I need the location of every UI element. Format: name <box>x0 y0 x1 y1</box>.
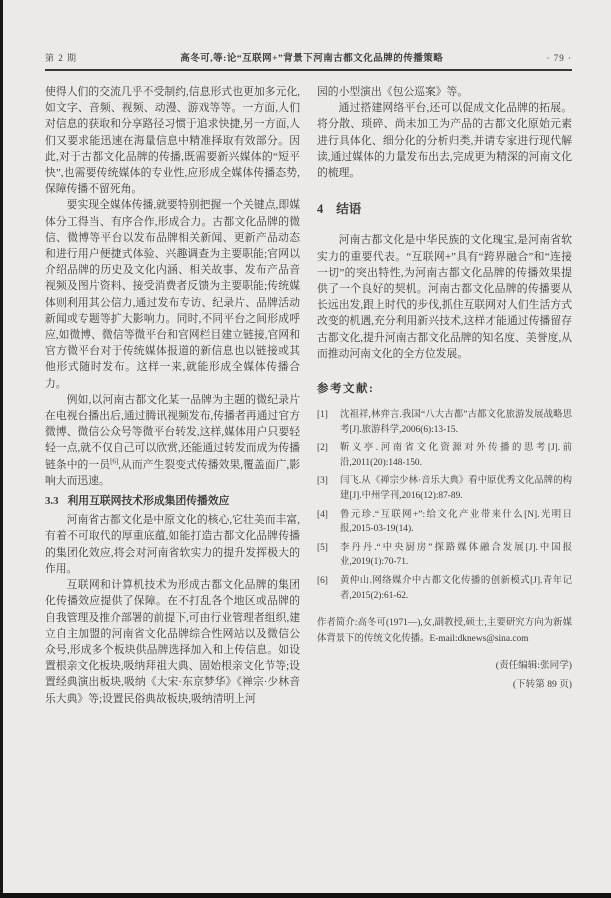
reference-label: [3] <box>317 474 340 504</box>
section-heading-4: 4结语 <box>317 201 572 217</box>
header-rule <box>45 69 572 71</box>
paragraph: 河南省古都文化是中原文化的核心,它壮美而丰富,有着不可取代的厚重底蕴,如能打造古… <box>45 512 300 577</box>
paragraph-continuation: 园的小型演出《包公巡案》等。 <box>317 84 572 100</box>
reference-item: [6] 黄仲山.网络媒介中古都文化传播的创新模式[J].青年记者,2015(2)… <box>317 574 572 604</box>
section-number: 4 <box>317 202 323 216</box>
reference-label: [6] <box>317 574 340 604</box>
section-title: 结语 <box>336 202 361 216</box>
reference-text: 靳义亭.河南省文化资源对外传播的思考[J].前沿,2011(20):148-15… <box>340 441 572 471</box>
reference-label: [4] <box>317 508 340 538</box>
editor-note: (责任编辑:张同学) <box>317 656 572 675</box>
paragraph: 要实现全媒体传播,就要特别把握一个关键点,即媒体分工得当、有序合作,形成合力。古… <box>45 197 300 391</box>
running-title: 高冬可,等:论“互联网+”背景下河南古都文化品牌的传播策略 <box>77 50 546 64</box>
section-number: 3.3 <box>45 495 59 507</box>
scanned-paper-page: 第 2 期 高冬可,等:论“互联网+”背景下河南古都文化品牌的传播策略 · 79… <box>0 0 611 898</box>
right-column: 园的小型演出《包公巡案》等。 通过搭建网络平台,还可以促成文化品牌的拓展。将分散… <box>317 84 572 707</box>
references-heading: 参考文献: <box>317 381 572 397</box>
reference-label: [1] <box>317 408 340 438</box>
reference-text: 李丹丹.“中央厨房”探路媒体融合发展[J].中国报业,2019(1):70-71… <box>340 541 572 571</box>
left-column: 使得人们的交流几乎不受制约,信息形式也更加多元化,如文字、音频、视频、动漫、游戏… <box>45 84 300 707</box>
reference-item: [1] 沈祖祥,林弈言.我国“八大古都”古都文化旅游发展战略思考[J].旅游科学… <box>317 408 572 438</box>
reference-item: [5] 李丹丹.“中央厨房”探路媒体融合发展[J].中国报业,2019(1):7… <box>317 541 572 571</box>
page-header: 第 2 期 高冬可,等:论“互联网+”背景下河南古都文化品牌的传播策略 · 79… <box>45 50 572 64</box>
reference-label: [5] <box>317 541 340 571</box>
reference-item: [4] 鲁元珍.“互联网+”:给文化产业带来什么[N].光明日报,2015-03… <box>317 508 572 538</box>
reference-text: 沈祖祥,林弈言.我国“八大古都”古都文化旅游发展战略思考[J].旅游科学,200… <box>340 408 572 438</box>
paragraph: 河南古都文化是中华民族的文化瑰宝,是河南省软实力的重要代表。“互联网+”具有“跨… <box>317 232 572 362</box>
page-number: · 79 · <box>547 53 573 63</box>
paragraph: 通过搭建网络平台,还可以促成文化品牌的拓展。将分散、琐碎、尚未加工为产品的古都文… <box>317 100 572 181</box>
reference-text: 闫飞.从《禅宗少林·音乐大典》看中原优秀文化品牌的构建[J].中州学刊,2016… <box>340 474 572 504</box>
section-heading-3-3: 3.3利用互联网技术形成集团传播效应 <box>45 493 300 509</box>
author-bio: 作者简介:高冬可(1971—),女,副教授,硕士,主要研究方向为新媒体背景下的传… <box>317 616 572 647</box>
two-column-body: 使得人们的交流几乎不受制约,信息形式也更加多元化,如文字、音频、视频、动漫、游戏… <box>45 84 572 707</box>
section-title: 利用互联网技术形成集团传播效应 <box>68 495 230 507</box>
continuation-note: (下转第 89 页) <box>317 675 572 694</box>
reference-item: [2] 靳义亭.河南省文化资源对外传播的思考[J].前沿,2011(20):14… <box>317 441 572 471</box>
issue-label: 第 2 期 <box>45 51 77 64</box>
reference-item: [3] 闫飞.从《禅宗少林·音乐大典》看中原优秀文化品牌的构建[J].中州学刊,… <box>317 474 572 504</box>
reference-text: 黄仲山.网络媒介中古都文化传播的创新模式[J].青年记者,2015(2):61-… <box>340 574 572 604</box>
reference-label: [2] <box>317 441 340 471</box>
scan-edge-left <box>0 0 3 898</box>
scan-edge-bottom <box>0 893 611 898</box>
reference-text: 鲁元珍.“互联网+”:给文化产业带来什么[N].光明日报,2015-03-19(… <box>340 508 572 538</box>
paragraph: 互联网和计算机技术为形成古都文化品牌的集团化传播效应提供了保障。在不打乱各个地区… <box>45 577 300 707</box>
paragraph-with-citation: 例如,以河南古都文化某一品牌为主题的微纪录片在电视台播出后,通过腾讯视频发布,传… <box>45 392 300 489</box>
paragraph-continuation: 使得人们的交流几乎不受制约,信息形式也更加多元化,如文字、音频、视频、动漫、游戏… <box>45 84 300 197</box>
page-content: 第 2 期 高冬可,等:论“互联网+”背景下河南古都文化品牌的传播策略 · 79… <box>45 50 572 707</box>
